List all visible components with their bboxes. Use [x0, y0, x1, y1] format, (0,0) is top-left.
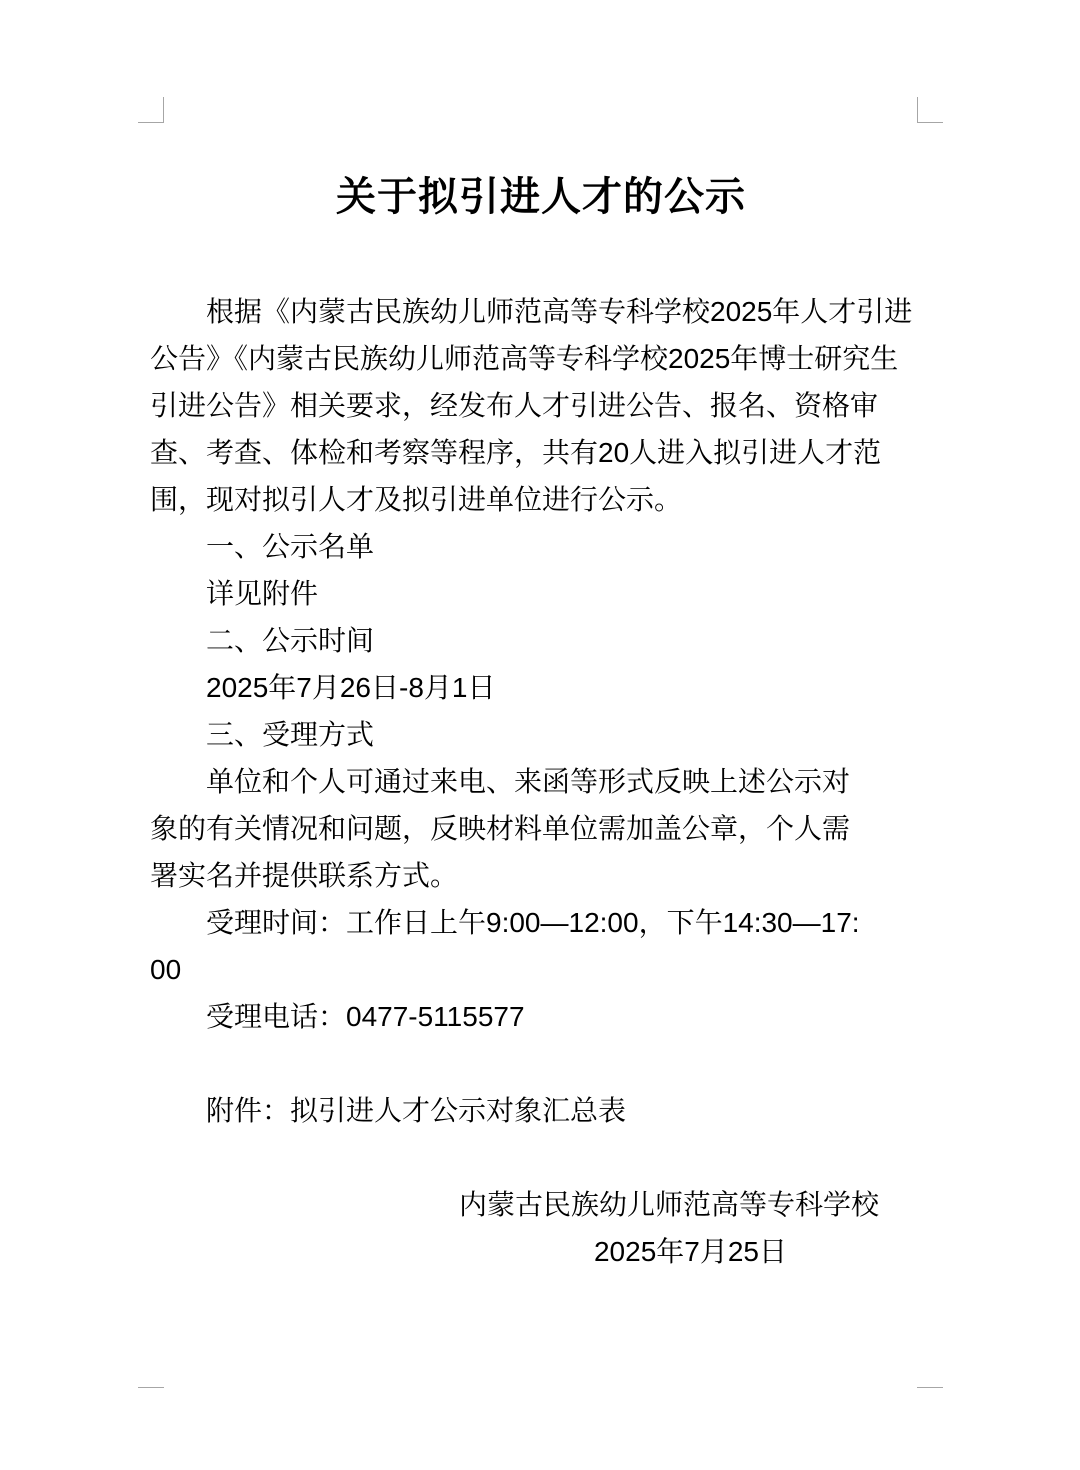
- body-line: 一、公示名单: [150, 523, 932, 570]
- body-line: 查、考查、体检和考察等程序，共有20人进入拟引进人才范: [150, 429, 932, 476]
- body-line: 引进公告》相关要求，经发布人才引进公告、报名、资格审: [150, 382, 932, 429]
- crop-mark-bottom-left: [138, 1387, 164, 1388]
- body-line: 根据《内蒙古民族幼儿师范高等专科学校2025年人才引进: [150, 288, 932, 335]
- body-line: 附件：拟引进人才公示对象汇总表: [150, 1087, 932, 1134]
- crop-mark-bottom-right: [917, 1387, 943, 1388]
- document-body: 根据《内蒙古民族幼儿师范高等专科学校2025年人才引进公告》《内蒙古民族幼儿师范…: [150, 288, 932, 1181]
- body-line: 公告》《内蒙古民族幼儿师范高等专科学校2025年博士研究生: [150, 335, 932, 382]
- signature-date: 2025年7月25日: [150, 1228, 932, 1275]
- body-line: 单位和个人可通过来电、来函等形式反映上述公示对: [150, 758, 932, 805]
- document-content: 关于拟引进人才的公示 根据《内蒙古民族幼儿师范高等专科学校2025年人才引进公告…: [150, 0, 932, 1275]
- body-line: 三、受理方式: [150, 711, 932, 758]
- blank-line: [150, 1040, 932, 1087]
- body-line: 署实名并提供联系方式。: [150, 852, 932, 899]
- body-line: 二、公示时间: [150, 617, 932, 664]
- body-line: 受理时间：工作日上午9:00—12:00，下午14:30—17:: [150, 899, 932, 946]
- blank-line: [150, 1134, 932, 1181]
- signature-organization: 内蒙古民族幼儿师范高等专科学校: [150, 1181, 932, 1228]
- body-line: 受理电话：0477-5115577: [150, 993, 932, 1040]
- document-page: 关于拟引进人才的公示 根据《内蒙古民族幼儿师范高等专科学校2025年人才引进公告…: [0, 0, 1080, 1470]
- body-line: 象的有关情况和问题，反映材料单位需加盖公章，个人需: [150, 805, 932, 852]
- body-line: 00: [150, 946, 932, 993]
- document-title: 关于拟引进人才的公示: [150, 170, 932, 224]
- body-line: 2025年7月26日-8月1日: [150, 664, 932, 711]
- body-line: 围，现对拟引人才及拟引进单位进行公示。: [150, 476, 932, 523]
- body-line: 详见附件: [150, 570, 932, 617]
